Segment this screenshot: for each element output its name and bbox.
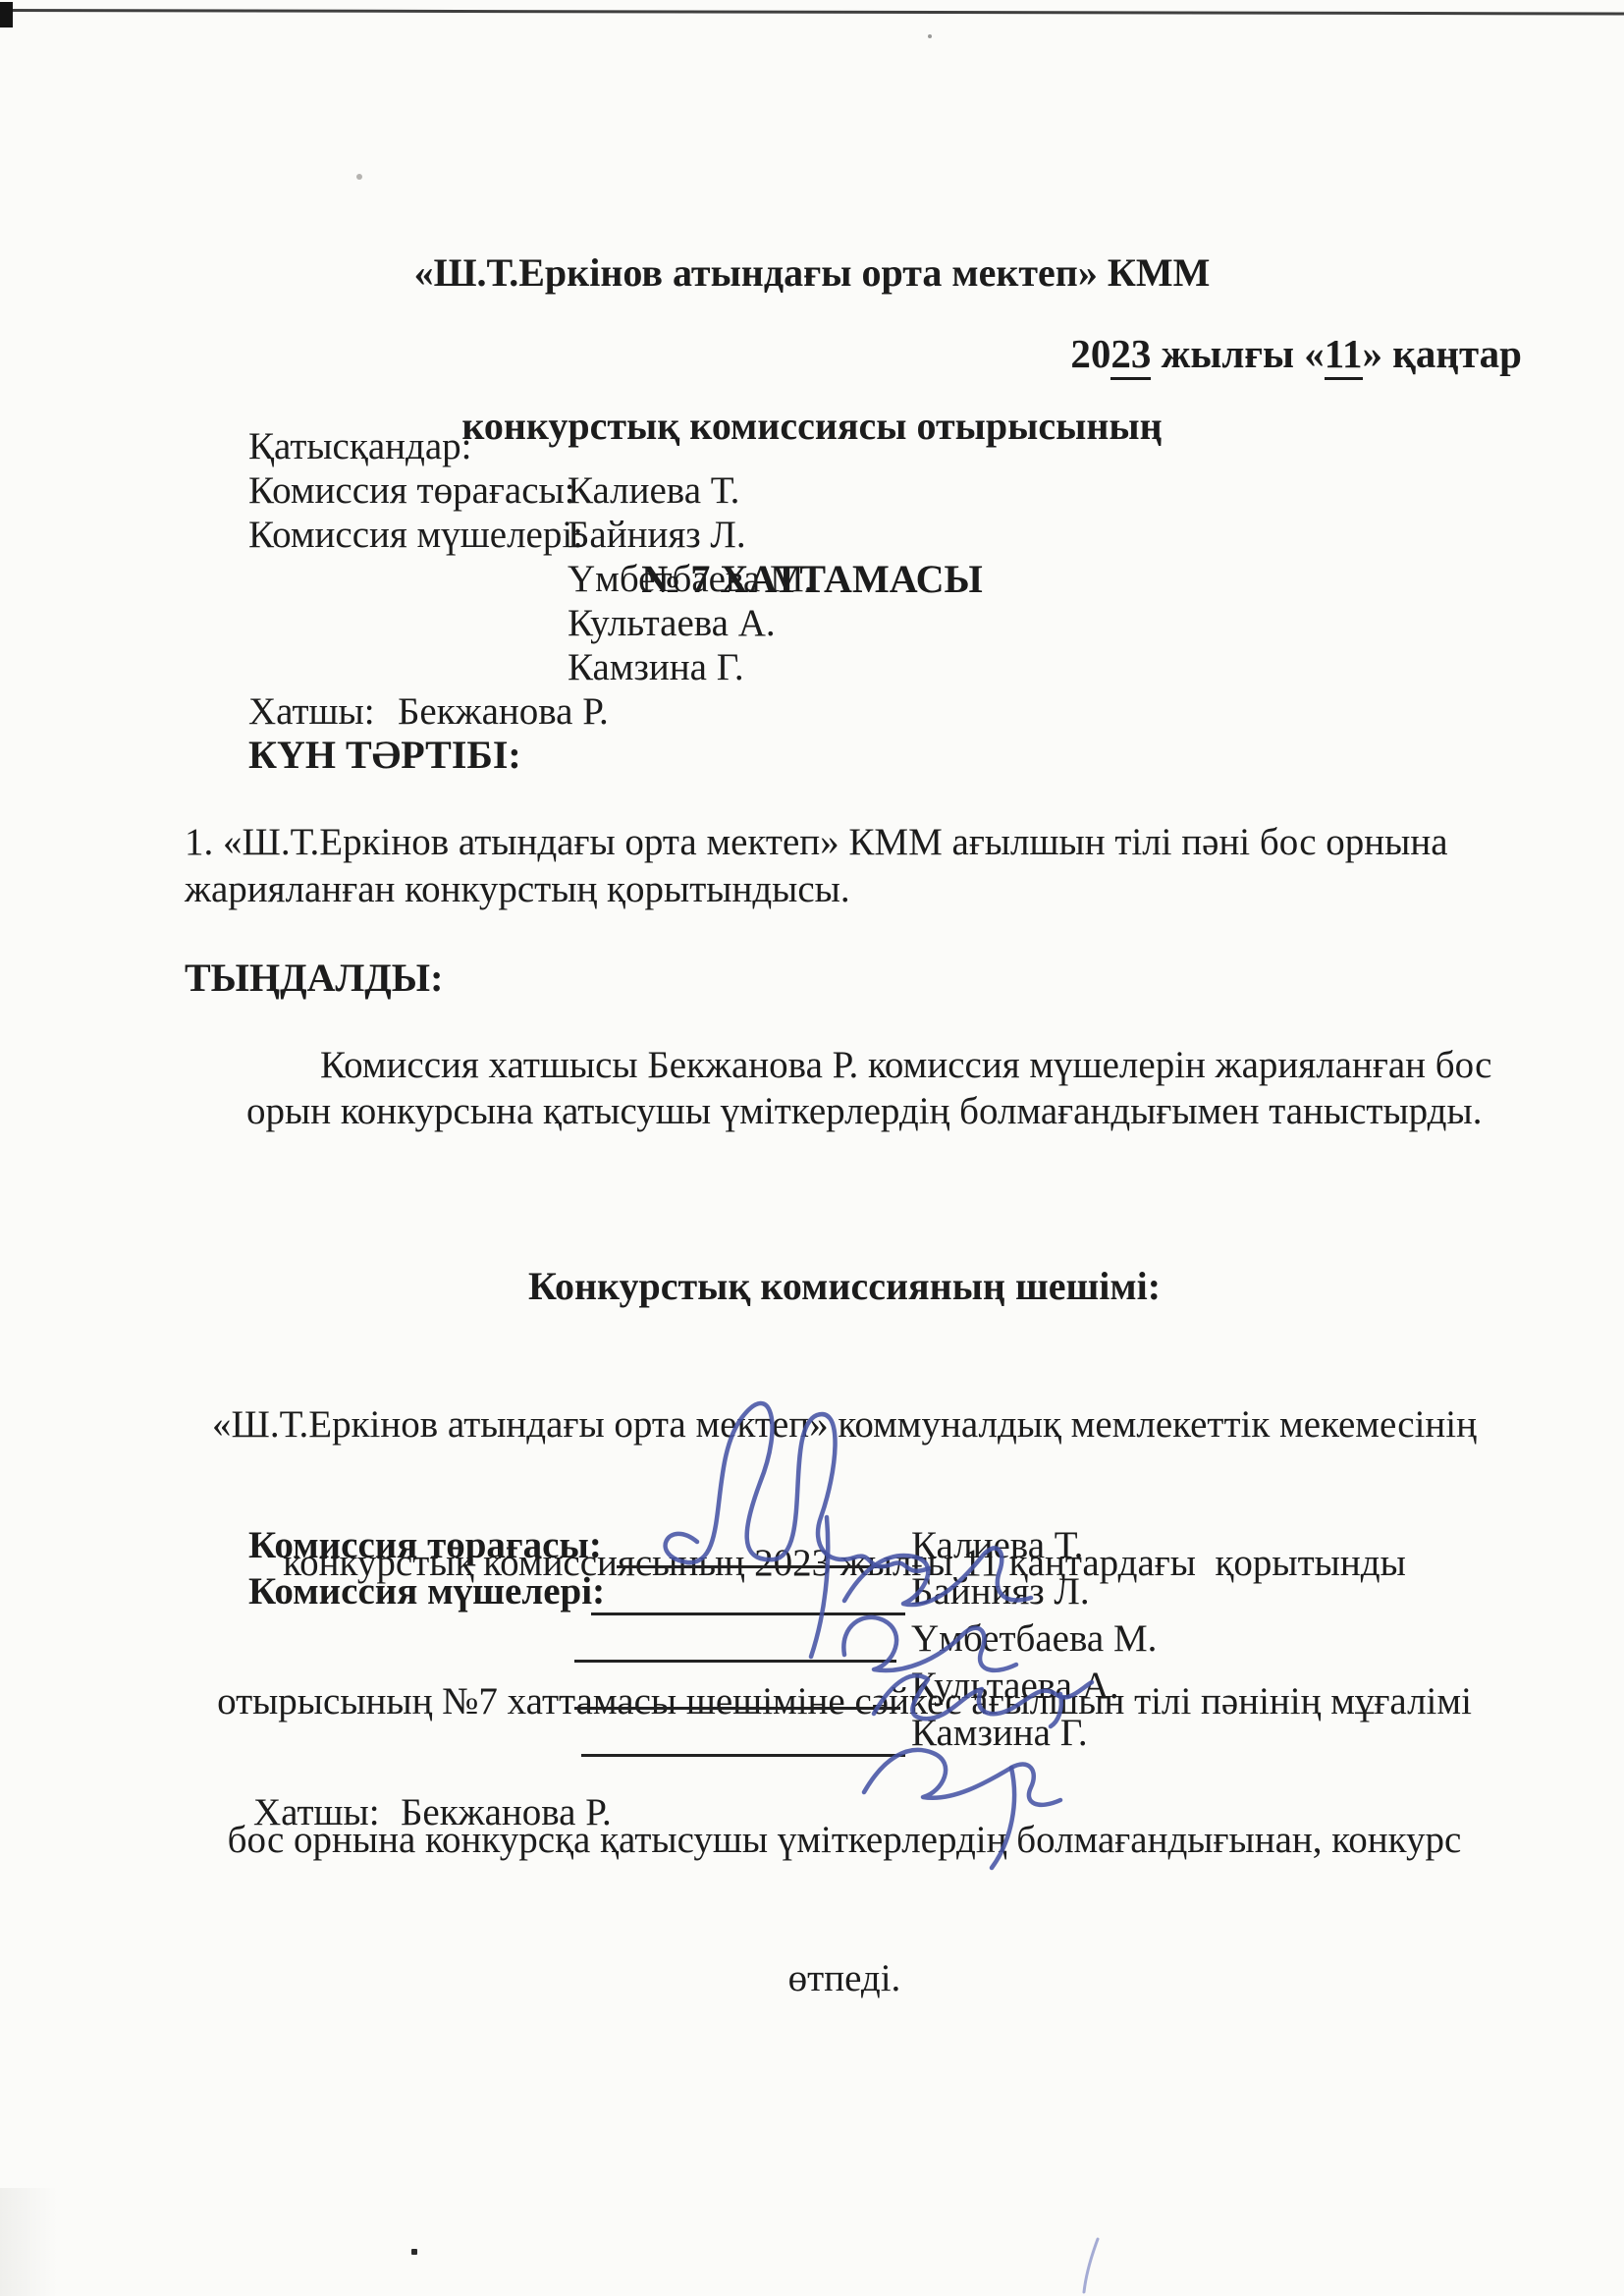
member-signature-3-stroke [1051,1694,1061,1726]
document-title: «Ш.Т.Еркінов атындағы орта мектеп» КММ к… [0,145,1624,707]
secretary-name: Бекжанова Р. [398,689,609,735]
scan-shadow-band [0,2188,57,2296]
agenda-heading: КҮН ТӘРТІБІ: [248,732,521,778]
member-signature-4-tail [992,1768,1014,1868]
decision-heading: Конкурстық комиссияның шешімі: [128,1263,1561,1309]
title-line: конкурстық комиссиясы отырысының [0,401,1624,452]
secretary-label-bottom: Хатшы: [253,1790,380,1835]
title-line: «Ш.Т.Еркінов атындағы орта мектеп» КММ [0,247,1624,299]
agenda-line: жарияланған конкурстың қорытындысы. [185,867,850,912]
member-signature-2 [843,1617,1016,1670]
chairman-signature [666,1403,929,1571]
secretary-label: Хатшы: [248,689,375,735]
date-middle: жылғы « [1151,331,1324,376]
protocol-date: 2023 жылғы «11» қаңтар [1070,330,1522,377]
date-prefix: 20 [1070,331,1110,376]
heard-line: орын конкурсына қатысушы үміткерлердің б… [246,1089,1482,1134]
handwritten-signatures [550,1370,1198,1900]
scan-edge-line [0,9,1624,15]
scan-speck [411,2249,417,2255]
member-name: Культаева А. [568,601,776,646]
participants-heading: Қатысқандар: [248,424,472,469]
member-name: Камзина Г. [568,645,744,690]
date-year-underlined: 23 [1110,331,1151,380]
secretary-name-bottom: Бекжанова Р. [401,1790,612,1835]
scan-speck [928,34,932,38]
decision-line: өтпеді. [128,1955,1561,2001]
member-name: Байнияз Л. [568,513,746,558]
member-name: Үмбетбаева М. [568,557,813,602]
heard-line: Комиссия хатшысы Бекжанова Р. комиссия м… [320,1043,1491,1088]
scanned-protocol-document: «Ш.Т.Еркінов атындағы орта мектеп» КММ к… [0,0,1624,2296]
heard-heading: ТЫҢДАЛДЫ: [185,955,443,1001]
scan-corner-blob [0,2,13,27]
member-signature-4 [864,1750,1060,1805]
chairman-name: Калиева Т. [568,468,739,514]
date-suffix: » қаңтар [1363,331,1522,376]
chairman-label: Комиссия төрағасы: [248,468,575,514]
member-signature-1 [844,1548,1031,1605]
date-day-underlined: 11 [1325,331,1363,380]
stray-pen-mark [1060,2237,1119,2296]
agenda-line: 1. «Ш.Т.Еркінов атындағы орта мектеп» КМ… [185,820,1448,865]
members-label: Комиссия мүшелері: [248,513,583,558]
signature-chairman-label: Комиссия төрағасы: [248,1523,602,1568]
